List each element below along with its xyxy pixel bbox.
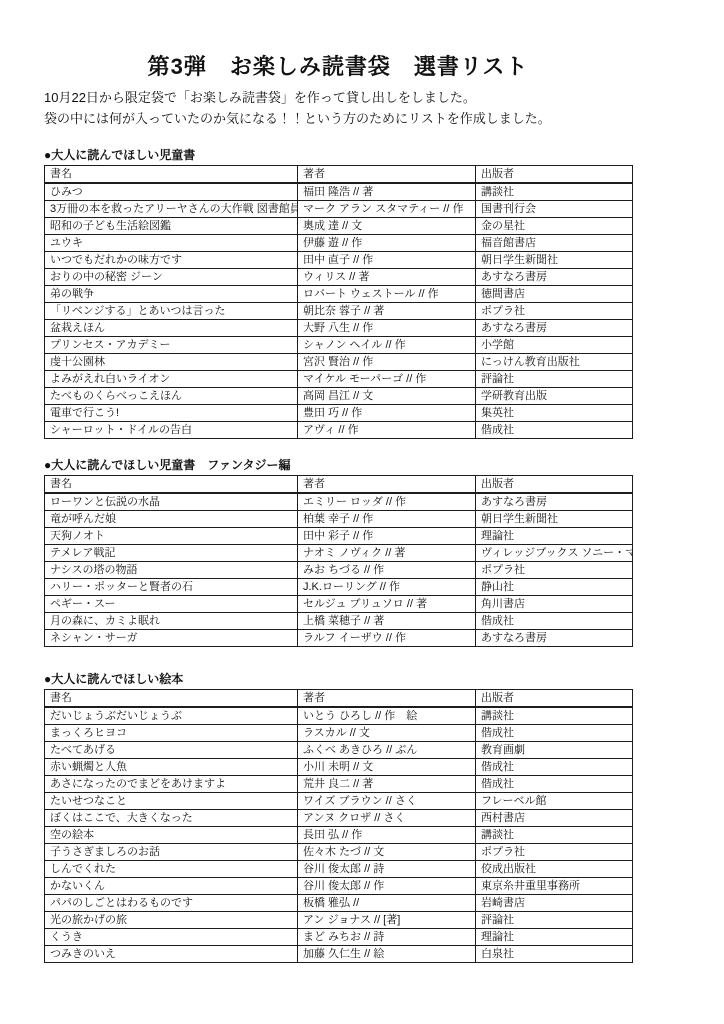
book-table-children-books: 書名 著者 出版者 ひみつ福田 隆浩 // 著講談社3万冊の本を救ったアリーヤさ…: [44, 165, 633, 439]
author-cell: 大野 八生 // 作: [298, 320, 476, 337]
book-title-cell: 3万冊の本を救ったアリーヤさんの大作戦 図書館員の本当のお話: [45, 201, 298, 218]
book-title-cell: 月の森に、カミよ眠れ: [45, 613, 298, 630]
publisher-cell: 福音館書店: [476, 235, 633, 252]
table-header-row: 書名 著者 出版者: [45, 690, 633, 708]
publisher-cell: 理論社: [476, 929, 633, 946]
publisher-cell: 学研教育出版: [476, 388, 633, 405]
section-children-books: ●大人に読んでほしい児童書 書名 著者 出版者 ひみつ福田 隆浩 // 著講談社…: [44, 146, 632, 439]
book-title-cell: くうき: [45, 929, 298, 946]
book-title-cell: つみきのいえ: [45, 946, 298, 963]
publisher-cell: 評論社: [476, 912, 633, 929]
intro-text: 10月22日から限定袋で「お楽しみ読書袋」を作って貸し出しをしました。 袋の中に…: [44, 87, 632, 129]
column-header-publisher: 出版者: [476, 690, 633, 708]
publisher-cell: 佼成出版社: [476, 861, 633, 878]
table-row: ナシスの塔の物語みお ちづる // 作ポプラ社: [45, 562, 633, 579]
publisher-cell: 東京糸井重里事務所: [476, 878, 633, 895]
author-cell: 小川 未明 // 文: [298, 759, 476, 776]
book-title-cell: テメレア戦記: [45, 545, 298, 562]
column-header-author: 著者: [298, 476, 476, 494]
book-table-fantasy-books: 書名 著者 出版者 ローワンと伝説の水晶エミリー ロッダ // 作あすなろ書房竜…: [44, 475, 633, 647]
table-row: 昭和の子ども生活絵図鑑奥成 達 // 文金の星社: [45, 218, 633, 235]
book-title-cell: プリンセス・アカデミー: [45, 337, 298, 354]
table-row: テメレア戦記ナオミ ノヴィク // 著ヴィレッジブックス ソニー・マガジンズ: [45, 545, 633, 562]
intro-line-1: 10月22日から限定袋で「お楽しみ読書袋」を作って貸し出しをしました。: [44, 87, 632, 108]
author-cell: 田中 彩子 // 作: [298, 528, 476, 545]
book-title-cell: 竜が呼んだ娘: [45, 511, 298, 528]
author-cell: ワイズ ブラウン // さく: [298, 793, 476, 810]
table-row: シャーロット・ドイルの告白アヴィ // 作偕成社: [45, 422, 633, 439]
book-title-cell: ローワンと伝説の水晶: [45, 493, 298, 511]
book-title-cell: 盆栽えほん: [45, 320, 298, 337]
section-heading-fantasy-books: ●大人に読んでほしい児童書 ファンタジー編: [44, 456, 632, 473]
publisher-cell: あすなろ書房: [476, 320, 633, 337]
book-title-cell: 虔十公園林: [45, 354, 298, 371]
publisher-cell: 理論社: [476, 528, 633, 545]
table-row: よみがえれ白いライオンマイケル モーパーゴ // 作評論社: [45, 371, 633, 388]
table-body: だいじょうぶだいじょうぶいとう ひろし // 作 絵講談社まっくろヒヨコラスカル…: [45, 707, 633, 963]
table-header-row: 書名 著者 出版者: [45, 476, 633, 494]
table-row: 月の森に、カミよ眠れ上橋 菜穂子 // 著偕成社: [45, 613, 633, 630]
book-title-cell: ネシャン・サーガ: [45, 630, 298, 647]
book-title-cell: ユウキ: [45, 235, 298, 252]
table-row: 電車で行こう!豊田 巧 // 作集英社: [45, 405, 633, 422]
author-cell: マイケル モーパーゴ // 作: [298, 371, 476, 388]
book-title-cell: 昭和の子ども生活絵図鑑: [45, 218, 298, 235]
table-row: 「リベンジする」とあいつは言った朝比奈 蓉子 // 著ポプラ社: [45, 303, 633, 320]
author-cell: 荒井 良二 // 著: [298, 776, 476, 793]
author-cell: シャノン ヘイル // 作: [298, 337, 476, 354]
author-cell: 豊田 巧 // 作: [298, 405, 476, 422]
publisher-cell: 岩崎書店: [476, 895, 633, 912]
table-row: 光の旅かげの旅アン ジョナス // [著]評論社: [45, 912, 633, 929]
publisher-cell: ヴィレッジブックス ソニー・マガジンズ: [476, 545, 633, 562]
section-picture-books: ●大人に読んでほしい絵本 書名 著者 出版者 だいじょうぶだいじょうぶいとう ひ…: [44, 670, 632, 963]
publisher-cell: にっけん教育出版社: [476, 354, 633, 371]
publisher-cell: あすなろ書房: [476, 269, 633, 286]
publisher-cell: 国書刊行会: [476, 201, 633, 218]
author-cell: アヴィ // 作: [298, 422, 476, 439]
table-row: ユウキ伊藤 遊 // 作福音館書店: [45, 235, 633, 252]
author-cell: 佐々木 たづ // 文: [298, 844, 476, 861]
publisher-cell: ポプラ社: [476, 562, 633, 579]
publisher-cell: 朝日学生新聞社: [476, 252, 633, 269]
table-row: ひみつ福田 隆浩 // 著講談社: [45, 183, 633, 201]
book-title-cell: シャーロット・ドイルの告白: [45, 422, 298, 439]
intro-line-2: 袋の中には何が入っていたのか気になる！！という方のためにリストを作成しました。: [44, 108, 632, 129]
publisher-cell: 徳間書店: [476, 286, 633, 303]
book-title-cell: ペギー・スー: [45, 596, 298, 613]
book-title-cell: あさになったのでまどをあけますよ: [45, 776, 298, 793]
table-row: いつでもだれかの味方です田中 直子 // 作朝日学生新聞社: [45, 252, 633, 269]
author-cell: 柏葉 幸子 // 作: [298, 511, 476, 528]
author-cell: 宮沢 賢治 // 作: [298, 354, 476, 371]
author-cell: ラスカル // 文: [298, 725, 476, 742]
section-fantasy-books: ●大人に読んでほしい児童書 ファンタジー編 書名 著者 出版者 ローワンと伝説の…: [44, 456, 632, 647]
book-title-cell: 弟の戦争: [45, 286, 298, 303]
table-row: たいせつなことワイズ ブラウン // さくフレーベル館: [45, 793, 633, 810]
column-header-publisher: 出版者: [476, 476, 633, 494]
column-header-author: 著者: [298, 166, 476, 184]
author-cell: 高岡 昌江 // 文: [298, 388, 476, 405]
publisher-cell: 朝日学生新聞社: [476, 511, 633, 528]
publisher-cell: フレーベル館: [476, 793, 633, 810]
section-heading-picture-books: ●大人に読んでほしい絵本: [44, 670, 632, 687]
table-row: だいじょうぶだいじょうぶいとう ひろし // 作 絵講談社: [45, 707, 633, 725]
section-heading-children-books: ●大人に読んでほしい児童書: [44, 146, 632, 163]
table-row: ネシャン・サーガラルフ イーザウ // 作あすなろ書房: [45, 630, 633, 647]
author-cell: 谷川 俊太郎 // 詩: [298, 861, 476, 878]
book-title-cell: よみがえれ白いライオン: [45, 371, 298, 388]
table-row: たべものくらべっこえほん高岡 昌江 // 文学研教育出版: [45, 388, 633, 405]
table-row: 赤い蝋燭と人魚小川 未明 // 文偕成社: [45, 759, 633, 776]
author-cell: 伊藤 遊 // 作: [298, 235, 476, 252]
column-header-publisher: 出版者: [476, 166, 633, 184]
author-cell: ナオミ ノヴィク // 著: [298, 545, 476, 562]
publisher-cell: 西村書店: [476, 810, 633, 827]
table-row: ハリー・ポッターと賢者の石J.K.ローリング // 作静山社: [45, 579, 633, 596]
publisher-cell: 角川書店: [476, 596, 633, 613]
publisher-cell: 静山社: [476, 579, 633, 596]
book-title-cell: 光の旅かげの旅: [45, 912, 298, 929]
table-row: 竜が呼んだ娘柏葉 幸子 // 作朝日学生新聞社: [45, 511, 633, 528]
author-cell: 福田 隆浩 // 著: [298, 183, 476, 201]
table-body: ひみつ福田 隆浩 // 著講談社3万冊の本を救ったアリーヤさんの大作戦 図書館員…: [45, 183, 633, 439]
table-row: パパのしごとはわるものです板橋 雅弘 //岩崎書店: [45, 895, 633, 912]
column-header-title: 書名: [45, 690, 298, 708]
table-row: しんでくれた谷川 俊太郎 // 詩佼成出版社: [45, 861, 633, 878]
table-row: まっくろヒヨコラスカル // 文偕成社: [45, 725, 633, 742]
author-cell: 加藤 久仁生 // 絵: [298, 946, 476, 963]
author-cell: 板橋 雅弘 //: [298, 895, 476, 912]
table-row: ぼくはここで、大きくなったアンヌ クロザ // さく西村書店: [45, 810, 633, 827]
table-row: つみきのいえ加藤 久仁生 // 絵白泉社: [45, 946, 633, 963]
author-cell: ふくべ あきひろ // ぶん: [298, 742, 476, 759]
book-title-cell: ぼくはここで、大きくなった: [45, 810, 298, 827]
publisher-cell: 講談社: [476, 183, 633, 201]
table-row: あさになったのでまどをあけますよ荒井 良二 // 著 偕成社: [45, 776, 633, 793]
book-table-picture-books: 書名 著者 出版者 だいじょうぶだいじょうぶいとう ひろし // 作 絵講談社ま…: [44, 689, 633, 963]
book-title-cell: ひみつ: [45, 183, 298, 201]
author-cell: 上橋 菜穂子 // 著: [298, 613, 476, 630]
table-row: おりの中の秘密 ジーンウィリス // 著あすなろ書房: [45, 269, 633, 286]
book-title-cell: だいじょうぶだいじょうぶ: [45, 707, 298, 725]
table-row: たべてあげるふくべ あきひろ // ぶん教育画劇: [45, 742, 633, 759]
book-title-cell: まっくろヒヨコ: [45, 725, 298, 742]
publisher-cell: 講談社: [476, 827, 633, 844]
document-content: 第3弾 お楽しみ読書袋 選書リスト 10月22日から限定袋で「お楽しみ読書袋」を…: [44, 0, 632, 963]
publisher-cell: 講談社: [476, 707, 633, 725]
table-row: くうきまど みちお // 詩理論社: [45, 929, 633, 946]
table-row: 弟の戦争ロバート ウェストール // 作徳間書店: [45, 286, 633, 303]
publisher-cell: 評論社: [476, 371, 633, 388]
author-cell: アン ジョナス // [著]: [298, 912, 476, 929]
publisher-cell: 偕成社: [476, 776, 633, 793]
author-cell: ラルフ イーザウ // 作: [298, 630, 476, 647]
author-cell: みお ちづる // 作: [298, 562, 476, 579]
book-title-cell: たべてあげる: [45, 742, 298, 759]
book-title-cell: 赤い蝋燭と人魚: [45, 759, 298, 776]
author-cell: ロバート ウェストール // 作: [298, 286, 476, 303]
column-header-title: 書名: [45, 166, 298, 184]
table-row: ペギー・スーセルジュ ブリュソロ // 著角川書店: [45, 596, 633, 613]
publisher-cell: 金の星社: [476, 218, 633, 235]
publisher-cell: 小学館: [476, 337, 633, 354]
author-cell: エミリー ロッダ // 作: [298, 493, 476, 511]
table-row: かないくん谷川 俊太郎 // 作東京糸井重里事務所: [45, 878, 633, 895]
author-cell: アンヌ クロザ // さく: [298, 810, 476, 827]
publisher-cell: 偕成社: [476, 422, 633, 439]
publisher-cell: 偕成社: [476, 725, 633, 742]
author-cell: ウィリス // 著: [298, 269, 476, 286]
book-title-cell: 天狗ノオト: [45, 528, 298, 545]
book-title-cell: ハリー・ポッターと賢者の石: [45, 579, 298, 596]
page-title: 第3弾 お楽しみ読書袋 選書リスト: [44, 50, 632, 81]
table-row: 3万冊の本を救ったアリーヤさんの大作戦 図書館員の本当のお話マーク アラン スタ…: [45, 201, 633, 218]
table-header-row: 書名 著者 出版者: [45, 166, 633, 184]
author-cell: マーク アラン スタマティー // 作: [298, 201, 476, 218]
book-title-cell: 空の絵本: [45, 827, 298, 844]
book-title-cell: かないくん: [45, 878, 298, 895]
publisher-cell: あすなろ書房: [476, 630, 633, 647]
book-title-cell: たいせつなこと: [45, 793, 298, 810]
book-title-cell: 「リベンジする」とあいつは言った: [45, 303, 298, 320]
publisher-cell: あすなろ書房: [476, 493, 633, 511]
book-title-cell: いつでもだれかの味方です: [45, 252, 298, 269]
book-title-cell: 子うさぎましろのお話: [45, 844, 298, 861]
author-cell: セルジュ ブリュソロ // 著: [298, 596, 476, 613]
author-cell: 長田 弘 // 作: [298, 827, 476, 844]
table-row: ローワンと伝説の水晶エミリー ロッダ // 作あすなろ書房: [45, 493, 633, 511]
book-title-cell: ナシスの塔の物語: [45, 562, 298, 579]
author-cell: 奥成 達 // 文: [298, 218, 476, 235]
column-header-author: 著者: [298, 690, 476, 708]
publisher-cell: 教育画劇: [476, 742, 633, 759]
document-page: 第3弾 お楽しみ読書袋 選書リスト 10月22日から限定袋で「お楽しみ読書袋」を…: [0, 0, 724, 1024]
book-title-cell: おりの中の秘密 ジーン: [45, 269, 298, 286]
publisher-cell: ポプラ社: [476, 303, 633, 320]
publisher-cell: 白泉社: [476, 946, 633, 963]
author-cell: まど みちお // 詩: [298, 929, 476, 946]
publisher-cell: 偕成社: [476, 613, 633, 630]
table-row: 空の絵本長田 弘 // 作講談社: [45, 827, 633, 844]
publisher-cell: ポプラ社: [476, 844, 633, 861]
book-title-cell: パパのしごとはわるものです: [45, 895, 298, 912]
publisher-cell: 集英社: [476, 405, 633, 422]
book-title-cell: しんでくれた: [45, 861, 298, 878]
book-title-cell: たべものくらべっこえほん: [45, 388, 298, 405]
table-body: ローワンと伝説の水晶エミリー ロッダ // 作あすなろ書房竜が呼んだ娘柏葉 幸子…: [45, 493, 633, 647]
author-cell: 朝比奈 蓉子 // 著: [298, 303, 476, 320]
author-cell: いとう ひろし // 作 絵: [298, 707, 476, 725]
table-row: プリンセス・アカデミーシャノン ヘイル // 作小学館: [45, 337, 633, 354]
author-cell: 田中 直子 // 作: [298, 252, 476, 269]
book-title-cell: 電車で行こう!: [45, 405, 298, 422]
publisher-cell: 偕成社: [476, 759, 633, 776]
table-row: 子うさぎましろのお話佐々木 たづ // 文ポプラ社: [45, 844, 633, 861]
table-row: 盆栽えほん大野 八生 // 作あすなろ書房: [45, 320, 633, 337]
author-cell: J.K.ローリング // 作: [298, 579, 476, 596]
table-row: 天狗ノオト田中 彩子 // 作理論社: [45, 528, 633, 545]
column-header-title: 書名: [45, 476, 298, 494]
author-cell: 谷川 俊太郎 // 作: [298, 878, 476, 895]
table-row: 虔十公園林宮沢 賢治 // 作にっけん教育出版社: [45, 354, 633, 371]
